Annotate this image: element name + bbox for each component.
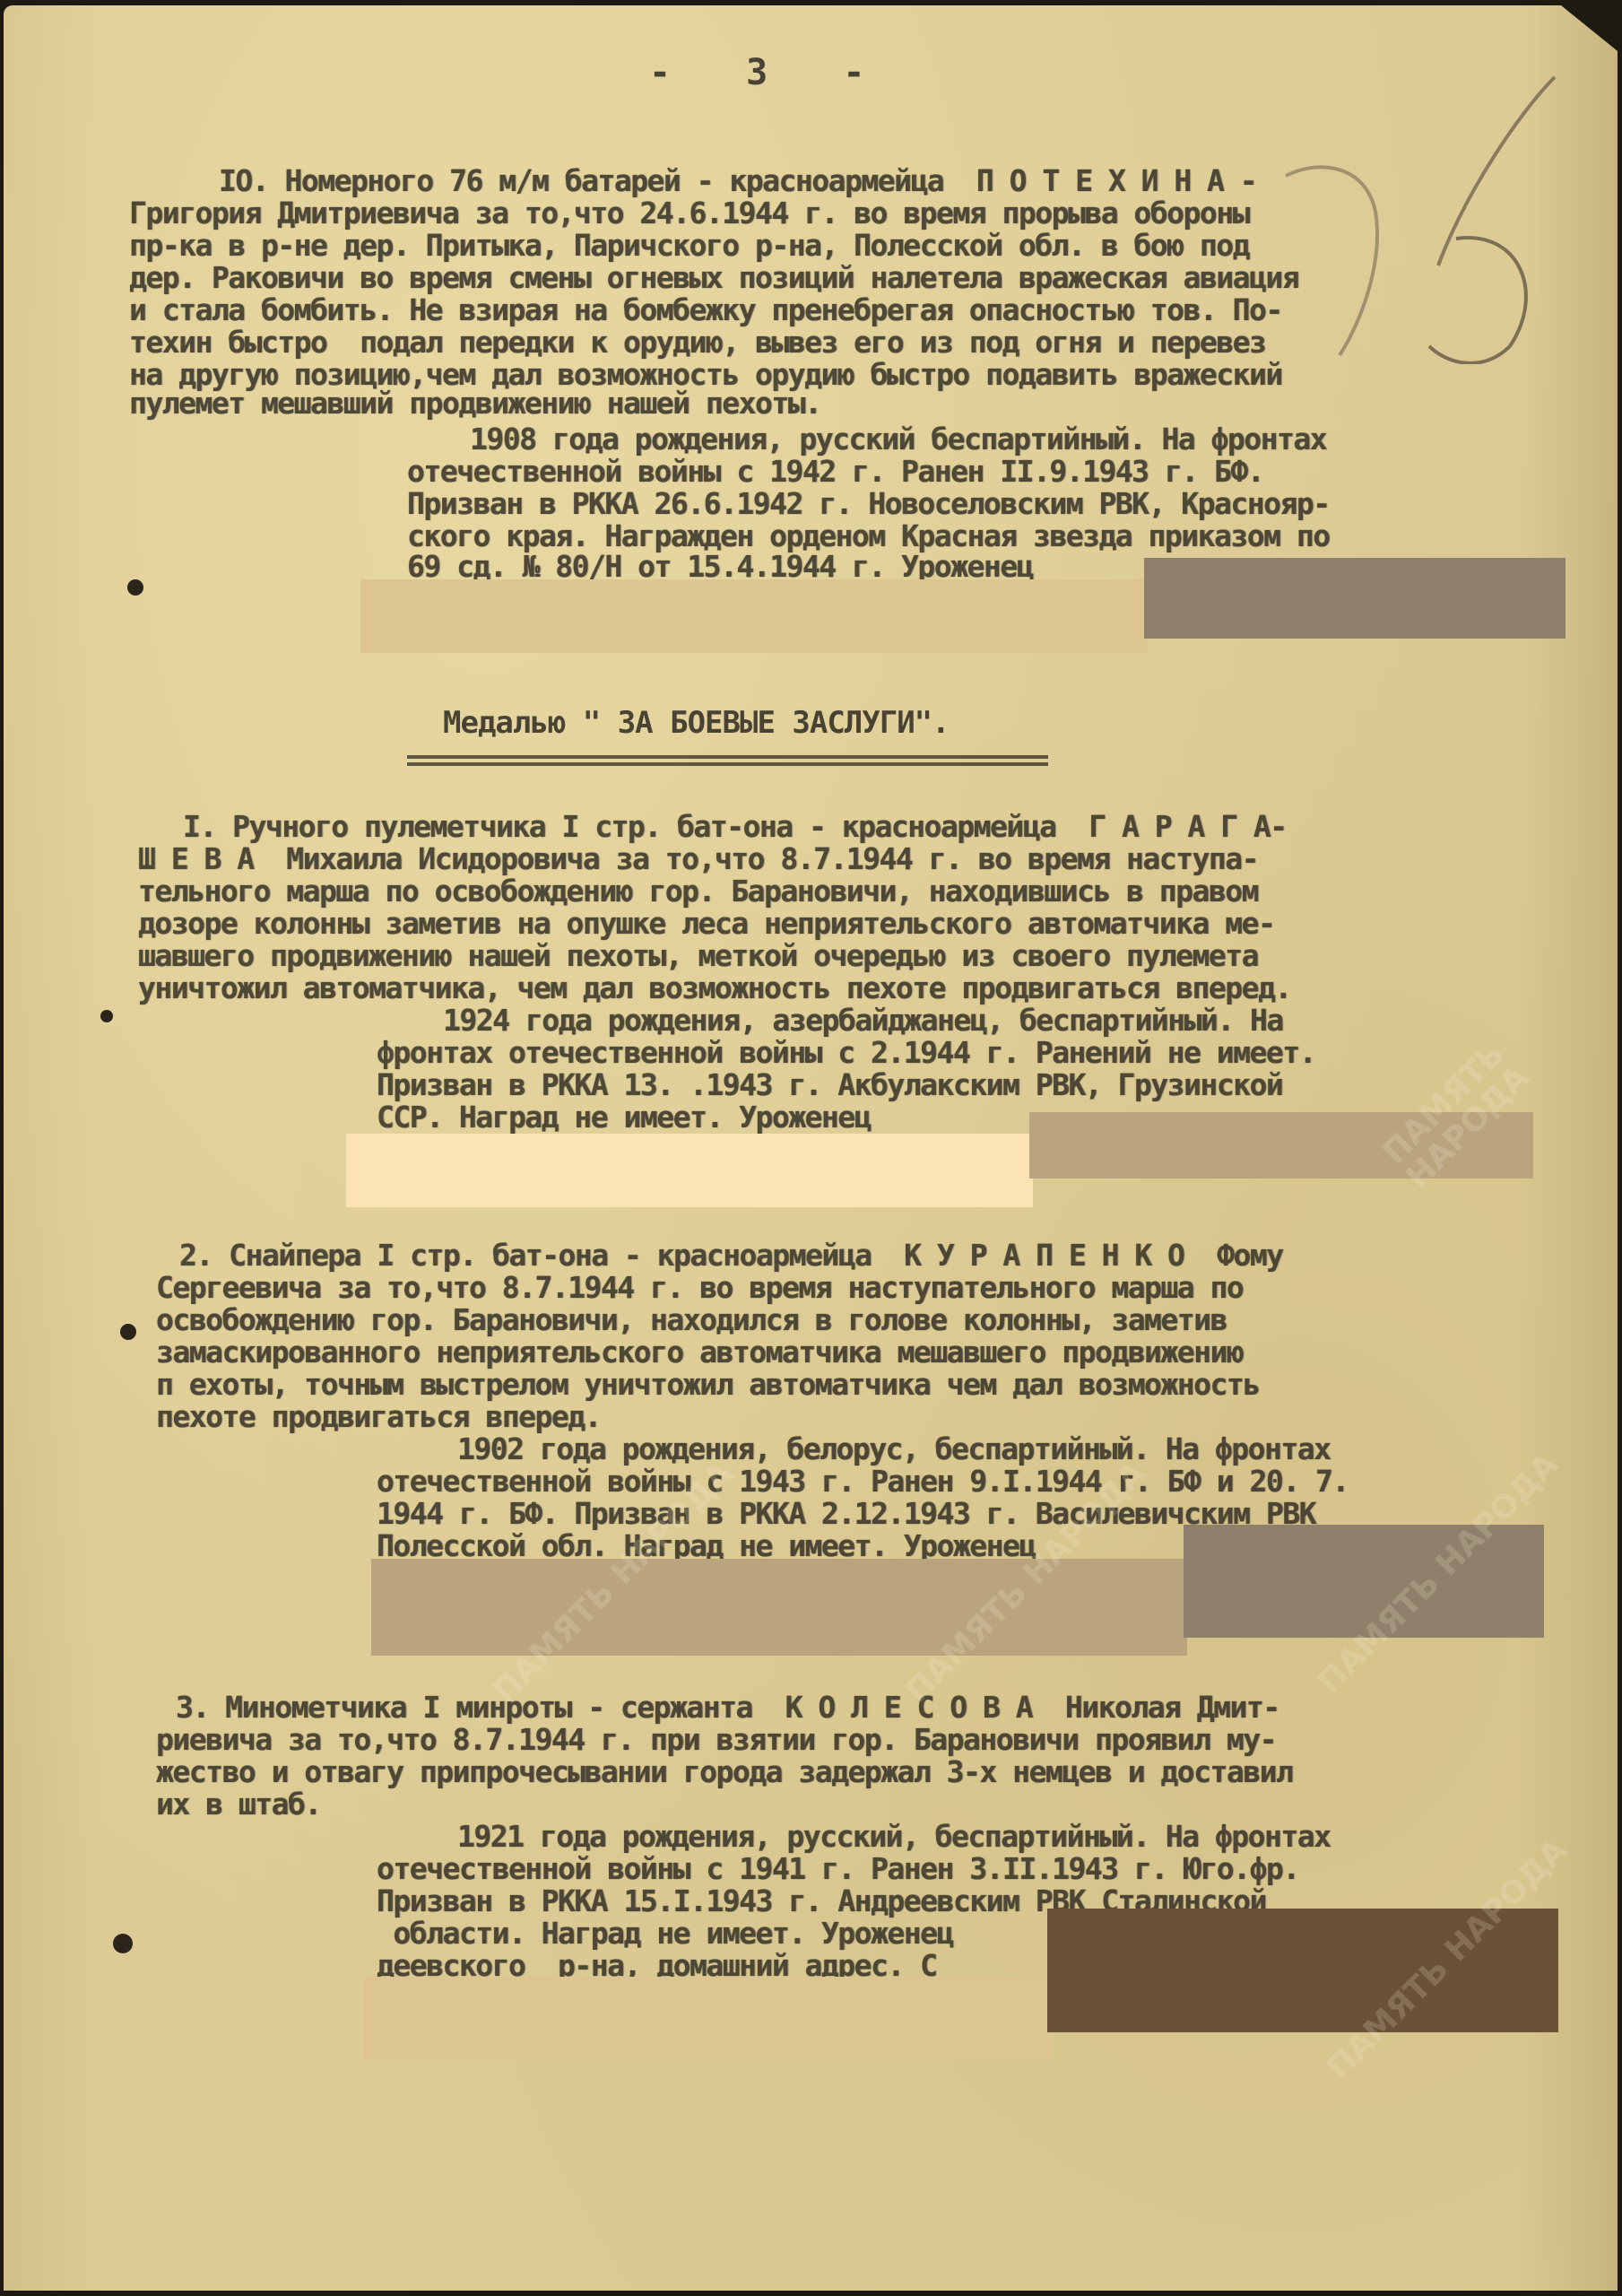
bio-line: 1908 года рождения, русский беспартийный…	[470, 423, 1326, 456]
citation-line: IO. Номерного 76 м/м батарей - красноарм…	[219, 165, 1256, 197]
citation-line: замаскированного неприятельского автомат…	[156, 1336, 1243, 1369]
citation-line: и стала бомбить. Не взирая на бомбежку п…	[129, 294, 1282, 326]
bio-line: отечественной войны с 1941 г. Ранен 3.II…	[377, 1853, 1299, 1885]
citation-line: Ш Е В А Михаила Исидоровича за то,что 8.…	[138, 843, 1258, 875]
redaction-block	[371, 1559, 1187, 1656]
bio-line: ССР. Наград не имеет. Уроженец	[377, 1101, 871, 1134]
citation-line: дозоре колонны заметив на опушке леса не…	[138, 908, 1274, 940]
citation-line: п ехоты, точным выстрелом уничтожил авто…	[156, 1369, 1260, 1401]
citation-line: шавшего продвижению нашей пехоты, меткой…	[138, 940, 1258, 972]
citation-line: дер. Раковичи во время смены огневых поз…	[129, 262, 1298, 294]
page-number: - 3 -	[649, 52, 891, 93]
bio-line: области. Наград не имеет. Уроженец	[377, 1918, 953, 1950]
heading-underline	[407, 762, 1048, 766]
citation-line: пулемет мешавший продвижению нашей пехот…	[129, 387, 820, 420]
bio-line: 1902 года рождения, белорус, беспартийны…	[457, 1433, 1331, 1465]
heading-underline	[407, 755, 1048, 759]
bio-line: отечественной войны с 1942 г. Ранен II.9…	[407, 456, 1263, 488]
redaction-block	[360, 579, 1148, 653]
punch-hole	[127, 579, 143, 596]
punch-hole	[100, 1010, 113, 1022]
bio-line: Призван в РККА 13. .1943 г. Акбулакским …	[377, 1069, 1282, 1101]
redaction-block	[1184, 1525, 1544, 1638]
bio-line: Полесской обл. Наград не имеет. Уроженец	[377, 1530, 1036, 1562]
citation-line: Григория Дмитриевича за то,что 24.6.1944…	[129, 197, 1249, 230]
redaction-block	[346, 1134, 1033, 1207]
citation-line: 2. Снайпера I стр. бат-она - красноармей…	[179, 1239, 1283, 1272]
bio-line: отечественной войны с 1943 г. Ранен 9.I.…	[377, 1465, 1349, 1498]
citation-line: пр-ка в р-не дер. Притыка, Паричского р-…	[129, 230, 1249, 262]
redaction-block	[1029, 1112, 1533, 1178]
bio-line: фронтах отечественной войны с 2.1944 г. …	[377, 1037, 1315, 1069]
punch-hole	[113, 1934, 133, 1953]
redaction-block	[1047, 1909, 1558, 2032]
bio-line: 1921 года рождения, русский, беспартийны…	[457, 1821, 1331, 1853]
redaction-block	[364, 1977, 1053, 2059]
citation-line: освобождению гор. Барановичи, находился …	[156, 1304, 1227, 1336]
citation-line: их в штаб.	[156, 1788, 321, 1821]
citation-line: жество и отвагу припрочесывании города з…	[156, 1756, 1292, 1788]
bio-line: 1924 года рождения, азербайджанец, беспа…	[443, 1004, 1283, 1037]
citation-line: риевича за то,что 8.7.1944 г. при взятии…	[156, 1724, 1276, 1756]
medal-heading: Медалью " ЗА БОЕВЫЕ ЗАСЛУГИ".	[443, 705, 950, 741]
bio-line: ского края. Награжден орденом Красная зв…	[407, 520, 1330, 552]
citation-line: уничтожил автоматчика, чем дал возможнос…	[138, 972, 1291, 1004]
bio-line: 69 сд. № 80/Н от 15.4.1944 г. Уроженец	[407, 551, 1033, 583]
bio-line: Призван в РККА 26.6.1942 г. Новоселовски…	[407, 488, 1330, 520]
bio-line: 1944 г. БФ. Призван в РККА 2.12.1943 г. …	[377, 1498, 1315, 1530]
punch-hole	[120, 1324, 136, 1340]
citation-line: I. Ручного пулеметчика I стр. бат-она - …	[183, 811, 1287, 843]
document-page: - 3 - IO. Номерного 76 м/м батарей - кра…	[4, 5, 1618, 2291]
citation-line: Сергеевича за то,что 8.7.1944 г. во врем…	[156, 1272, 1243, 1304]
redaction-block	[1144, 558, 1566, 639]
citation-line: пехоте продвигаться вперед.	[156, 1401, 601, 1433]
citation-line: 3. Минометчика I минроты - сержанта К О …	[176, 1692, 1279, 1724]
pencil-annotation	[1250, 59, 1609, 364]
citation-line: техин быстро подал передки к орудию, выв…	[129, 326, 1265, 359]
citation-line: тельного марша по освобождению гор. Бара…	[138, 875, 1258, 908]
